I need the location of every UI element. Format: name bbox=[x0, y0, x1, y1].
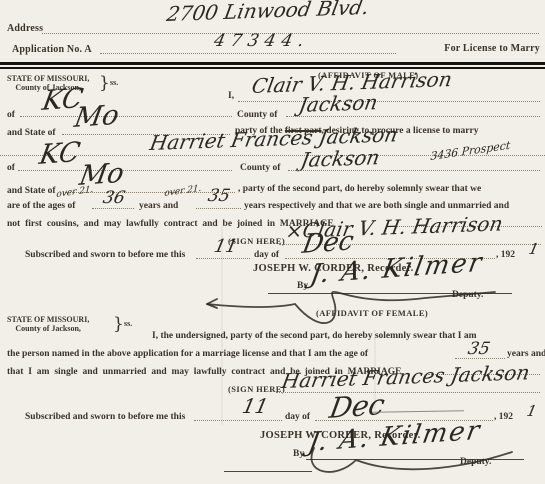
handwritten-age-groom: 36 bbox=[101, 188, 127, 208]
day-fill-line-female bbox=[194, 420, 282, 421]
handwritten-day-female: 11 bbox=[240, 394, 271, 418]
handwritten-address: 2700 Linwood Blvd. bbox=[165, 0, 371, 26]
subscribed-text-male: Subscribed and sworn to before me this bbox=[25, 250, 185, 260]
bride-signature: Harriet Frances Jackson bbox=[280, 360, 532, 393]
age-bride-fill-line bbox=[196, 208, 241, 209]
of-label-2: of bbox=[7, 163, 15, 173]
county-fill-line bbox=[286, 116, 540, 117]
handwritten-age-female: 35 bbox=[466, 339, 492, 359]
marriage-license-affidavit-scan: 2700 Linwood Blvd. Address 47344. Applic… bbox=[0, 0, 545, 484]
county2-fill-line bbox=[288, 170, 540, 171]
year-printed-female: , 192 bbox=[494, 412, 513, 422]
handwritten-application-number: 47344. bbox=[212, 31, 312, 51]
handwritten-month-female: Dec bbox=[327, 388, 387, 425]
affidavit-of-female-title: (AFFIDAVIT OF FEMALE) bbox=[316, 308, 428, 318]
for-license-to-marry-label: For License to Marry bbox=[400, 43, 540, 54]
handwritten-street-address: 3436 Prospect bbox=[430, 139, 511, 163]
handwritten-over21-first: over 21. bbox=[56, 185, 94, 200]
handwritten-year-male: 1 bbox=[527, 240, 540, 258]
person-named-text: the person named in the above applicatio… bbox=[7, 349, 368, 359]
handwritten-state: Mo bbox=[72, 99, 121, 134]
undersigned-text: I, the undersigned, party of the second … bbox=[152, 331, 477, 341]
years-and-label-female: years and bbox=[507, 349, 545, 359]
ss-label-female: ss. bbox=[124, 320, 132, 329]
age-groom-fill-line bbox=[92, 208, 134, 209]
and-state-of-label-2: and State of bbox=[7, 186, 56, 196]
day-of-label-male: day of bbox=[254, 250, 279, 260]
i-label: I, bbox=[228, 91, 234, 101]
and-state-of-label: and State of bbox=[7, 128, 56, 138]
female-state-county-block: STATE OF MISSOURI, County of Jackson, bbox=[7, 316, 89, 333]
application-number-label: Application No. A bbox=[12, 44, 92, 55]
application-fill-line bbox=[100, 53, 396, 54]
ages-label: are of the ages of bbox=[7, 201, 75, 211]
ss-label: ss. bbox=[110, 79, 118, 88]
groom-name-fill-line bbox=[238, 101, 540, 102]
pen-stroke bbox=[372, 410, 464, 413]
years-respectively-text: years respectively and that we are both … bbox=[244, 201, 509, 211]
day-of-label-female: day of bbox=[285, 412, 310, 422]
not-first-cousins-text: not first cousins, and may lawfully cont… bbox=[7, 219, 334, 229]
city2-fill-line bbox=[18, 170, 232, 171]
ss-brace: } bbox=[99, 73, 110, 93]
address-label: Address bbox=[7, 23, 43, 34]
handwritten-month-male: Dec bbox=[300, 226, 356, 260]
subscribed-text-female: Subscribed and sworn to before me this bbox=[25, 412, 185, 422]
handwritten-over21-second: over 21. bbox=[164, 184, 202, 199]
deputy-signature-flourish-male bbox=[195, 264, 525, 334]
county-of-jackson-label: County of Jackson, bbox=[7, 325, 89, 334]
handwritten-county: Jackson bbox=[297, 90, 380, 117]
of-label: of bbox=[7, 110, 15, 120]
year-printed-male: , 192 bbox=[496, 250, 515, 260]
years-and-label: years and bbox=[139, 201, 178, 211]
county-of-label-2: County of bbox=[240, 163, 280, 173]
handwritten-year-female: 1 bbox=[525, 402, 538, 420]
handwritten-day-male: 11 bbox=[212, 236, 239, 257]
bride-signature-fill-line bbox=[276, 392, 540, 393]
handwritten-age-bride: 35 bbox=[206, 186, 232, 206]
handwritten-city-2: KC bbox=[37, 137, 83, 171]
handwritten-county-2: Jackson bbox=[299, 145, 382, 172]
day-fill-line-male bbox=[196, 258, 250, 259]
party-second-part-text: , party of the second part, do hereby so… bbox=[238, 184, 481, 194]
city-fill-line bbox=[20, 116, 232, 117]
double-rule-divider bbox=[0, 62, 545, 69]
county-of-label: County of bbox=[237, 110, 277, 120]
ss-brace-female: } bbox=[113, 314, 124, 334]
deputy-signature-flourish-female bbox=[280, 432, 530, 482]
